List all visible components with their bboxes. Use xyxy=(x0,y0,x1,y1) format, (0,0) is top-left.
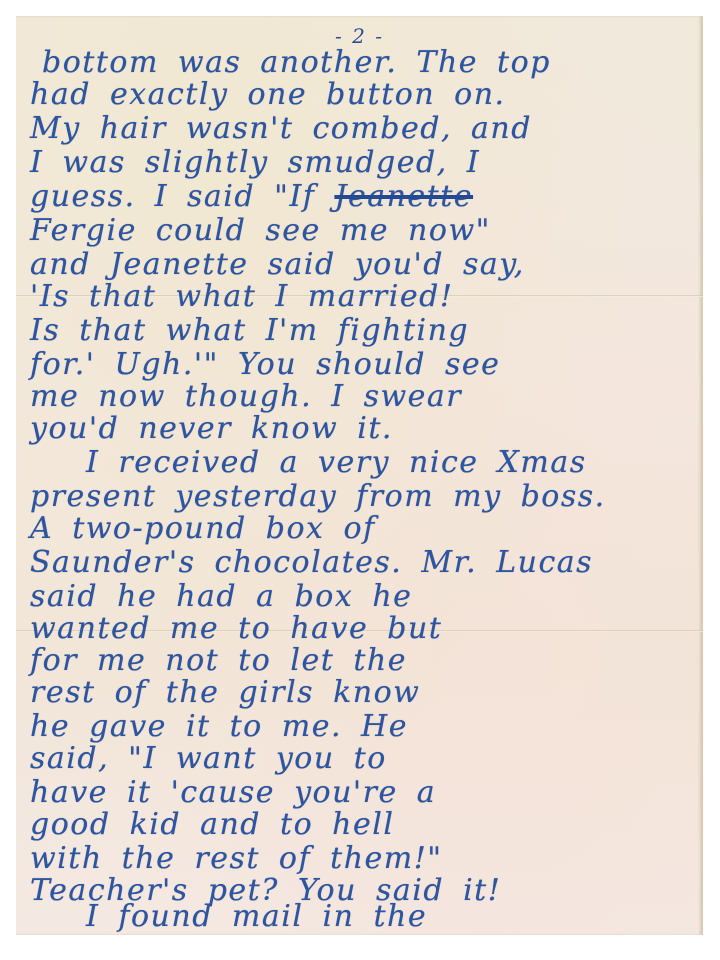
letter-line: rest of the girls know xyxy=(30,676,420,710)
letter-line: bottom was another. The top xyxy=(42,46,551,80)
letter-line: he gave it to me. He xyxy=(30,710,408,744)
letter-line: said, "I want you to xyxy=(30,742,387,776)
letter-line: wanted me to have but xyxy=(30,612,442,646)
letter-text: guess. I said "If xyxy=(30,179,334,214)
letter-page: - 2 - bottom was another. The top had ex… xyxy=(16,16,703,935)
letter-line: for.' Ugh.'" You should see xyxy=(30,348,500,382)
letter-line: Saunder's chocolates. Mr. Lucas xyxy=(30,546,593,580)
letter-line: and Jeanette said you'd say, xyxy=(30,248,525,282)
letter-line: with the rest of them!" xyxy=(30,842,443,876)
letter-line: I was slightly smudged, I xyxy=(30,146,480,180)
letter-line: said he had a box he xyxy=(30,580,412,614)
letter-line: have it 'cause you're a xyxy=(30,776,436,810)
letter-line: had exactly one button on. xyxy=(30,78,506,112)
letter-line: good kid and to hell xyxy=(30,808,394,842)
letter-line: 'Is that what I married! xyxy=(30,280,453,314)
letter-line: Fergie could see me now" xyxy=(30,214,491,248)
letter-line: you'd never know it. xyxy=(30,412,393,446)
letter-line: I found mail in the xyxy=(86,900,427,934)
letter-line: for me not to let the xyxy=(30,644,407,678)
letter-line: My hair wasn't combed, and xyxy=(30,112,532,146)
letter-line: I received a very nice Xmas xyxy=(86,446,587,480)
letter-line: Is that what I'm fighting xyxy=(30,314,469,348)
letter-line: A two-pound box of xyxy=(30,512,376,546)
letter-line: present yesterday from my boss. xyxy=(30,480,606,514)
letter-line-with-strikeout: guess. I said "If Jeanette xyxy=(30,180,473,214)
struck-out-word: Jeanette xyxy=(334,179,473,214)
letter-line: me now though. I swear xyxy=(30,380,462,414)
